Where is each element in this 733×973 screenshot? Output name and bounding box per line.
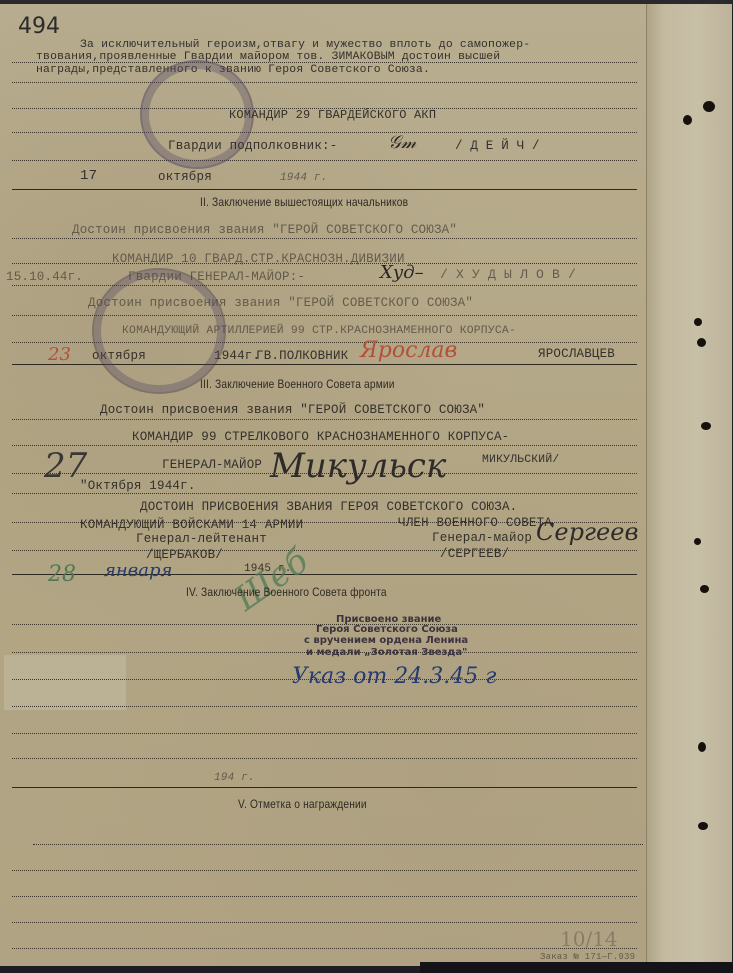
section1-commander-title: КОМАНДИР 29 ГВАРДЕЙСКОГО АКП	[229, 108, 436, 122]
ruled-line	[12, 238, 637, 239]
section3-right-title: ЧЛЕН ВОЕННОГО СОВЕТА	[398, 516, 552, 530]
section2-red-signature: Ярослав	[360, 338, 457, 363]
punch-hole	[700, 585, 709, 593]
award-stamp-line2: Героя Советского Союза	[316, 624, 458, 635]
section3-date2-month: января	[104, 560, 172, 581]
ruled-line	[12, 870, 637, 871]
section2-date-left: 15.10.44г.	[6, 270, 83, 284]
section2-signature-name2: ЯРОСЛАВЦЕВ	[538, 347, 615, 361]
sheet-number: 494	[18, 14, 60, 39]
section3-right-signature: Сергеев	[536, 518, 638, 546]
section-divider	[12, 189, 637, 190]
punch-hole	[683, 115, 692, 125]
ruled-line	[12, 285, 637, 286]
section1-rank: Гвардии подполковник:-	[168, 139, 337, 153]
section2-date-day: 23	[48, 344, 71, 365]
ruled-line	[12, 706, 637, 707]
section-divider	[12, 787, 637, 788]
section3-rank: ГЕНЕРАЛ-МАЙОР	[162, 458, 262, 472]
award-stamp-line4: и медали „Золотая Звезда"	[306, 647, 467, 658]
ruled-line	[12, 160, 637, 161]
section1-signature: 𝒢𝓂	[388, 132, 416, 153]
section2-signature-name: / Х У Д Ы Л О В /	[440, 267, 576, 282]
section5-heading: V. Отметка о награждении	[238, 797, 367, 811]
section3-date2-day: 28	[48, 562, 76, 587]
ruled-line	[12, 82, 637, 83]
ruled-line	[12, 922, 637, 923]
section1-date-day: 17	[80, 168, 97, 184]
paper-repair-patch	[4, 655, 126, 710]
ruled-line	[12, 132, 637, 133]
section3-heading: III. Заключение Военного Совета армии	[200, 377, 395, 391]
section3-line2: КОМАНДИР 99 СТРЕЛКОВОГО КРАСНОЗНАМЕННОГО…	[132, 430, 509, 444]
ruled-line	[12, 493, 637, 494]
section2-signature: Худ–	[380, 262, 424, 283]
section3-line3: ДОСТОИН ПРИСВОЕНИЯ ЗВАНИЯ ГЕРОЯ СОВЕТСКО…	[140, 500, 517, 514]
ruled-line	[12, 733, 637, 734]
section2-heading: II. Заключение вышестоящих начальников	[200, 195, 408, 209]
punch-hole	[697, 338, 706, 347]
section3-right-rank: Генерал-майор	[432, 531, 532, 545]
ruled-line	[33, 844, 643, 845]
ruled-line	[12, 419, 637, 420]
section2-line2: КОМАНДИР 10 ГВАРД.СТР.КРАСНОЗН.ДИВИЗИИ	[112, 252, 405, 266]
section1-date-year: 1944 г.	[280, 172, 328, 184]
punch-hole	[694, 318, 702, 326]
ruled-line	[12, 948, 637, 949]
section3-date-month: "Октября 1944г.	[80, 479, 196, 493]
section3-right-name: /СЕРГЕЕВ/	[440, 547, 509, 561]
section1-signature-name: / Д Е Й Ч /	[455, 139, 540, 153]
section4-blank-date: 194 г.	[214, 772, 255, 784]
section3-signature: Микульск	[270, 446, 446, 486]
section2-rank2: ГВ.ПОЛКОВНИК	[256, 349, 348, 363]
section2-line1: Достоин присвоения звания "ГЕРОЙ СОВЕТСК…	[72, 223, 457, 237]
section3-left-rank: Генерал-лейтенант	[136, 532, 267, 546]
section3-left-title: КОМАНДУЮЩИЙ ВОЙСКАМИ 14 АРМИИ	[80, 518, 303, 532]
citation-line-2: твования,проявленные Гвардии майором тов…	[36, 51, 500, 63]
punch-hole	[694, 538, 701, 545]
punch-hole	[701, 422, 711, 430]
punch-hole	[698, 742, 706, 752]
scan-border-bottom	[420, 962, 733, 973]
section4-heading: IV. Заключение Военного Совета фронта	[186, 585, 387, 599]
punch-hole	[698, 822, 708, 830]
section1-date-month: октября	[158, 170, 212, 184]
decree-note: Указ от 24.3.45 г	[292, 664, 496, 689]
ruled-line	[12, 758, 637, 759]
award-stamp-line3: с вручением ордена Ленина	[304, 635, 468, 646]
binding-margin-strip	[646, 4, 732, 966]
ruled-line	[12, 550, 637, 551]
punch-hole	[703, 101, 715, 112]
print-order-note: Заказ № 171—Г.939	[540, 952, 635, 962]
artillery-seal-stamp	[92, 268, 226, 394]
archive-mark: 10/14	[560, 927, 618, 951]
ruled-line	[12, 896, 637, 897]
citation-line-1: За исключительный героизм,отвагу и мужес…	[80, 39, 530, 51]
section3-line1: Достоин присвоения звания "ГЕРОЙ СОВЕТСК…	[100, 403, 485, 417]
section3-signature-name: МИКУЛЬСКИЙ/	[482, 454, 559, 466]
